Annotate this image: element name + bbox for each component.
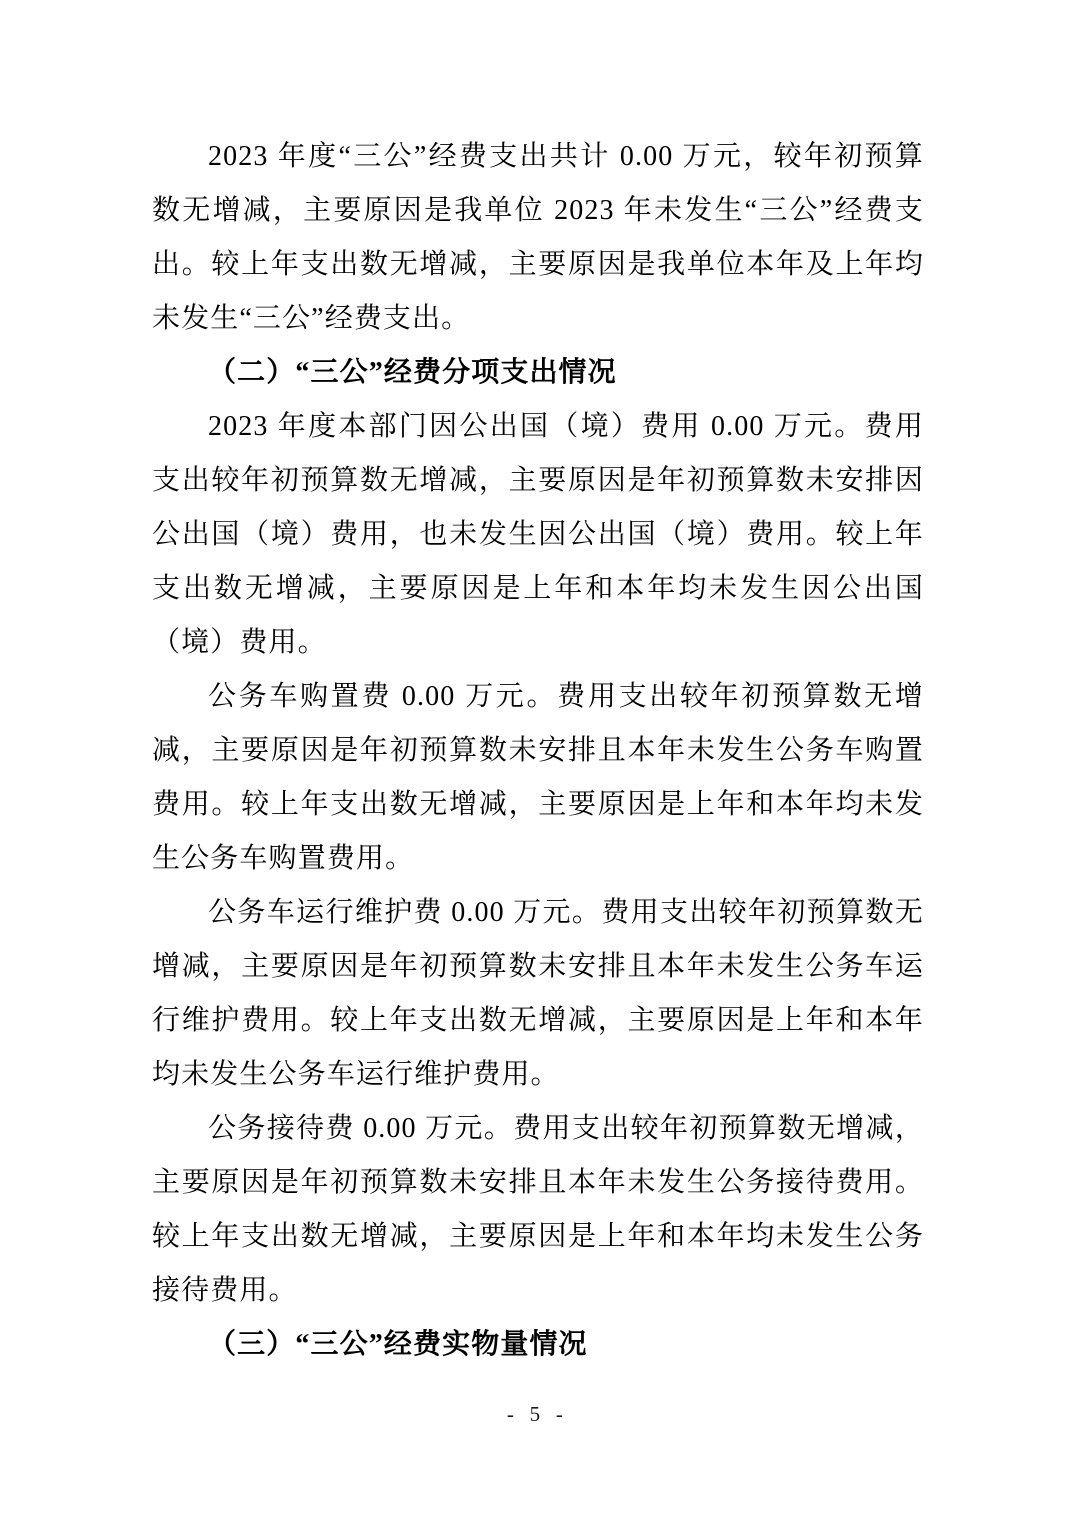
paragraph-official-vehicle-maintenance-expense: 公务车运行维护费 0.00 万元。费用支出较年初预算数无增减，主要原因是年初预算… — [152, 886, 924, 1102]
paragraph-official-reception-expense: 公务接待费 0.00 万元。费用支出较年初预算数无增减，主要原因是年初预算数未安… — [152, 1102, 924, 1318]
paragraph-overseas-travel-expense: 2023 年度本部门因公出国（境）费用 0.00 万元。费用支出较年初预算数无增… — [152, 400, 924, 670]
heading-section-2-itemized-expense: （二）“三公”经费分项支出情况 — [152, 346, 924, 400]
heading-section-3-physical-quantity: （三）“三公”经费实物量情况 — [152, 1318, 924, 1372]
document-page: 2023 年度“三公”经费支出共计 0.00 万元，较年初预算数无增减，主要原因… — [0, 0, 1075, 1520]
document-body: 2023 年度“三公”经费支出共计 0.00 万元，较年初预算数无增减，主要原因… — [152, 130, 924, 1372]
paragraph-official-vehicle-purchase-expense: 公务车购置费 0.00 万元。费用支出较年初预算数无增减，主要原因是年初预算数未… — [152, 670, 924, 886]
page-number: - 5 - — [0, 1398, 1075, 1430]
paragraph-total-three-public-expense: 2023 年度“三公”经费支出共计 0.00 万元，较年初预算数无增减，主要原因… — [152, 130, 924, 346]
